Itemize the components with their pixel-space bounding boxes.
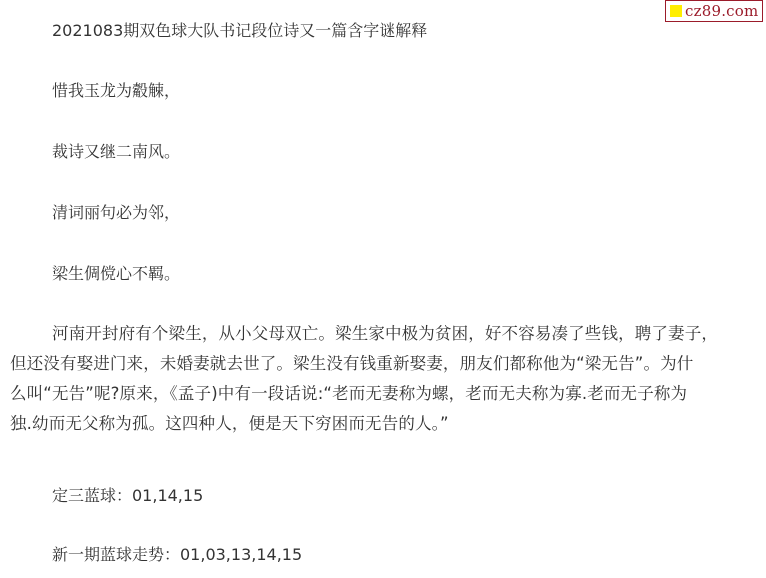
blue-ball-trend: 新一期蓝球走势：01,03,13,14,15 [52, 545, 302, 565]
blue-ball-three-picks: 定三蓝球：01,14,15 [52, 486, 203, 506]
watermark-domain-text: cz89.com [685, 1, 758, 21]
yellow-square-icon [670, 5, 682, 17]
story-paragraph: 河南开封府有个梁生，从小父母双亡。梁生家中极为贫困，好不容易凑了些钱，聘了妻子，… [10, 319, 762, 439]
story-line-1: 河南开封府有个梁生，从小父母双亡。梁生家中极为贫困，好不容易凑了些钱，聘了妻子， [10, 319, 762, 349]
site-watermark: cz89.com [665, 0, 763, 22]
poem-line-2: 裁诗又继二南风。 [52, 142, 180, 162]
poem-line-3: 清词丽句必为邻， [52, 203, 180, 223]
story-line-3: 么叫“无告”呢?原来，《孟子)中有一段话说:“老而无妻称为螺，老而无夫称为寡.老… [10, 379, 762, 409]
story-line-4: 独.幼而无父称为孤。这四种人，便是天下穷困而无告的人。” [10, 409, 762, 439]
article-title: 2021083期双色球大队书记段位诗又一篇含字谜解释 [52, 21, 427, 41]
poem-line-1: 惜我玉龙为觳觫， [52, 81, 180, 101]
poem-line-4: 梁生倜傥心不羁。 [52, 264, 180, 284]
story-line-2: 但还没有娶进门来，未婚妻就去世了。梁生没有钱重新娶妻，朋友们都称他为“梁无告”。… [10, 349, 762, 379]
